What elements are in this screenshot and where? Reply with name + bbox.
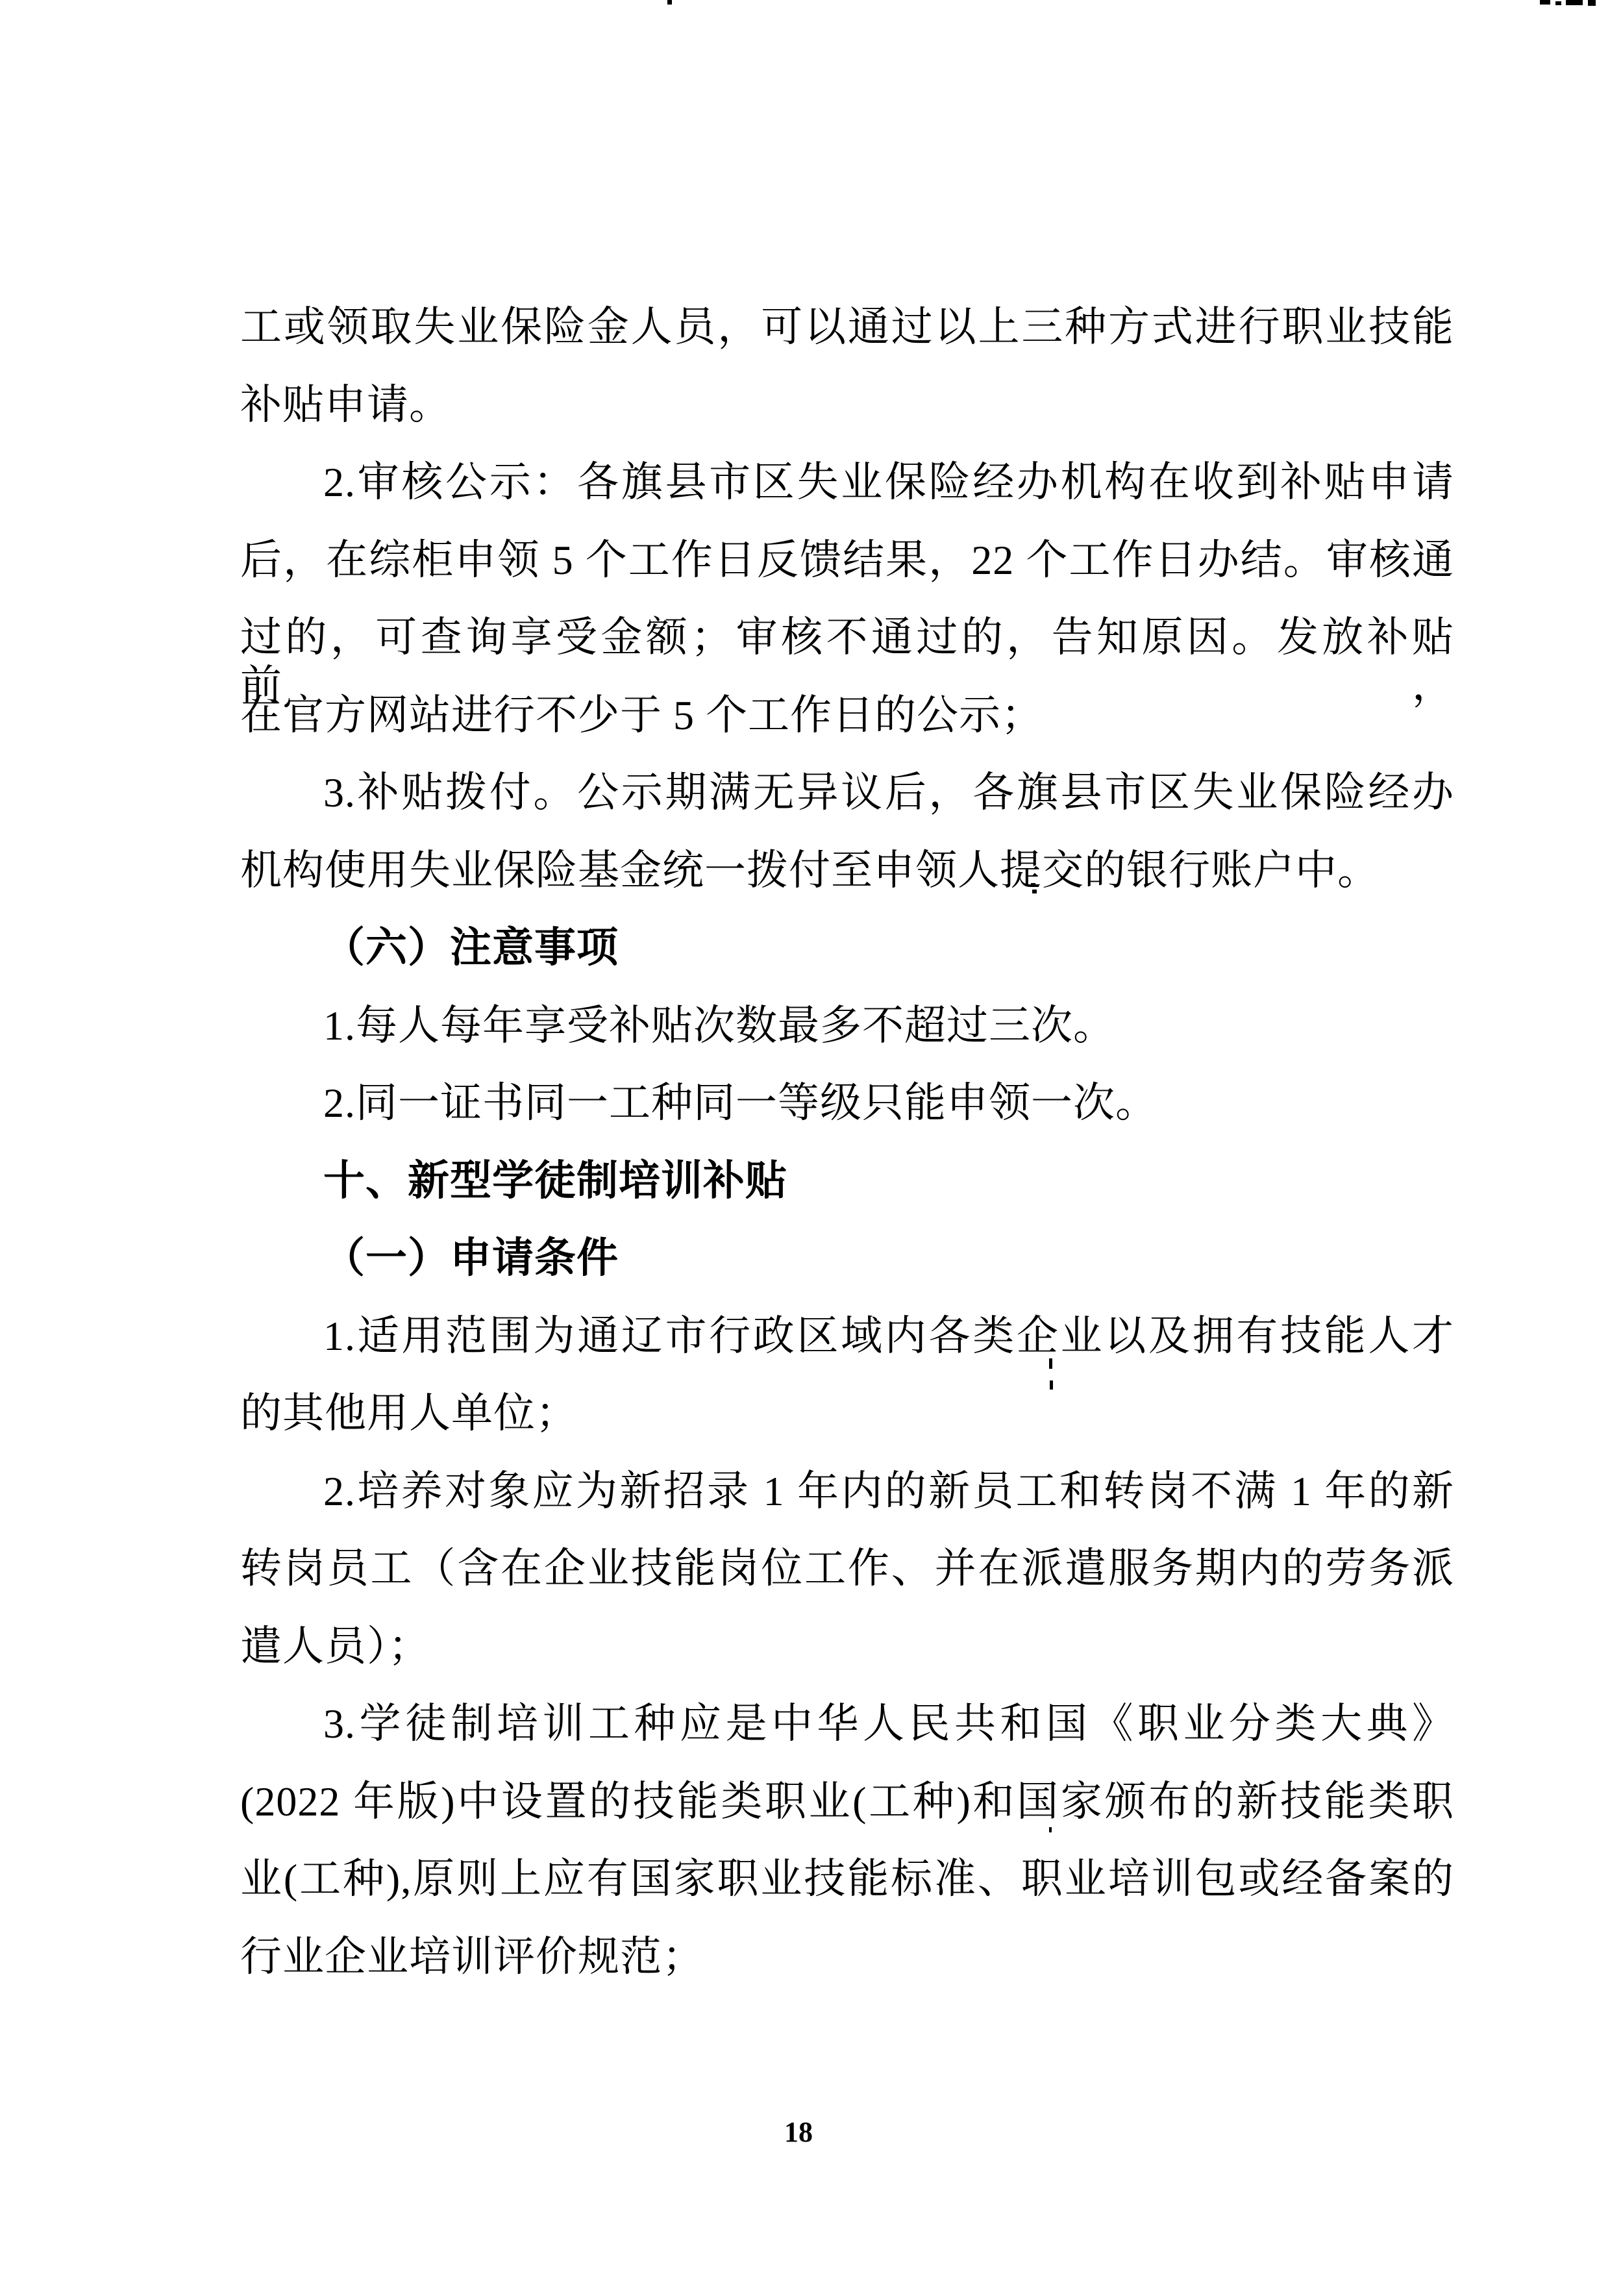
text-line: 2.审核公示：各旗县市区失业保险经办机构在收到补贴申请 <box>240 458 1454 506</box>
text-line: （六）注意事项 <box>240 924 1454 972</box>
scan-artifact <box>1555 1 1561 5</box>
text-line: (2022 年版)中设置的技能类职业(工种)和国家颁布的新技能类职 <box>240 1778 1454 1826</box>
scan-artifact <box>667 0 672 5</box>
text-line: 转岗员工（含在企业技能岗位工作、并在派遣服务期内的劳务派 <box>240 1545 1454 1593</box>
text-line: 1.每人每年享受补贴次数最多不超过三次。 <box>240 1002 1454 1050</box>
scan-artifact <box>1050 1380 1053 1390</box>
page-number: 18 <box>0 2115 1597 2149</box>
scan-artifact <box>1588 0 1596 6</box>
text-line: 行业企业培训评价规范； <box>240 1933 1454 1981</box>
text-line: 后，在综柜申领 5 个工作日反馈结果，22 个工作日办结。审核通 <box>240 536 1454 584</box>
text-line: 机构使用失业保险基金统一拨付至申领人提交的银行账户中。 <box>240 847 1454 895</box>
text-line: 遣人员）； <box>240 1623 1454 1671</box>
scan-artifact <box>1540 0 1550 5</box>
text-line: 的其他用人单位； <box>240 1390 1454 1438</box>
scan-artifact <box>1566 0 1583 5</box>
text-line: 2.同一证书同一工种同一等级只能申领一次。 <box>240 1079 1454 1127</box>
document-page: 工或领取失业保险金人员，可以通过以上三种方式进行职业技能补贴申请。2.审核公示：… <box>0 0 1597 2296</box>
scan-artifact <box>1049 1827 1052 1832</box>
scan-artifact <box>1049 1358 1052 1369</box>
text-line: 十、新型学徒制培训补贴 <box>240 1157 1454 1205</box>
scan-artifact <box>1031 883 1035 887</box>
text-line: 3.学徒制培训工种应是中华人民共和国《职业分类大典》 <box>240 1700 1454 1748</box>
text-line: 2.培养对象应为新招录 1 年内的新员工和转岗不满 1 年的新 <box>240 1467 1454 1516</box>
text-line: 1.适用范围为通辽市行政区域内各类企业以及拥有技能人才 <box>240 1312 1454 1360</box>
scan-artifact <box>1032 890 1037 893</box>
text-line: 补贴申请。 <box>240 381 1454 429</box>
text-line: 业(工种),原则上应有国家职业技能标准、职业培训包或经备案的 <box>240 1855 1454 1903</box>
text-line: 工或领取失业保险金人员，可以通过以上三种方式进行职业技能 <box>240 303 1454 351</box>
text-line: 在官方网站进行不少于 5 个工作日的公示； <box>240 692 1454 740</box>
document-body: 工或领取失业保险金人员，可以通过以上三种方式进行职业技能补贴申请。2.审核公示：… <box>240 0 1454 2296</box>
text-line: （一）申请条件 <box>240 1234 1454 1282</box>
text-line: 3.补贴拨付。公示期满无异议后，各旗县市区失业保险经办 <box>240 769 1454 817</box>
